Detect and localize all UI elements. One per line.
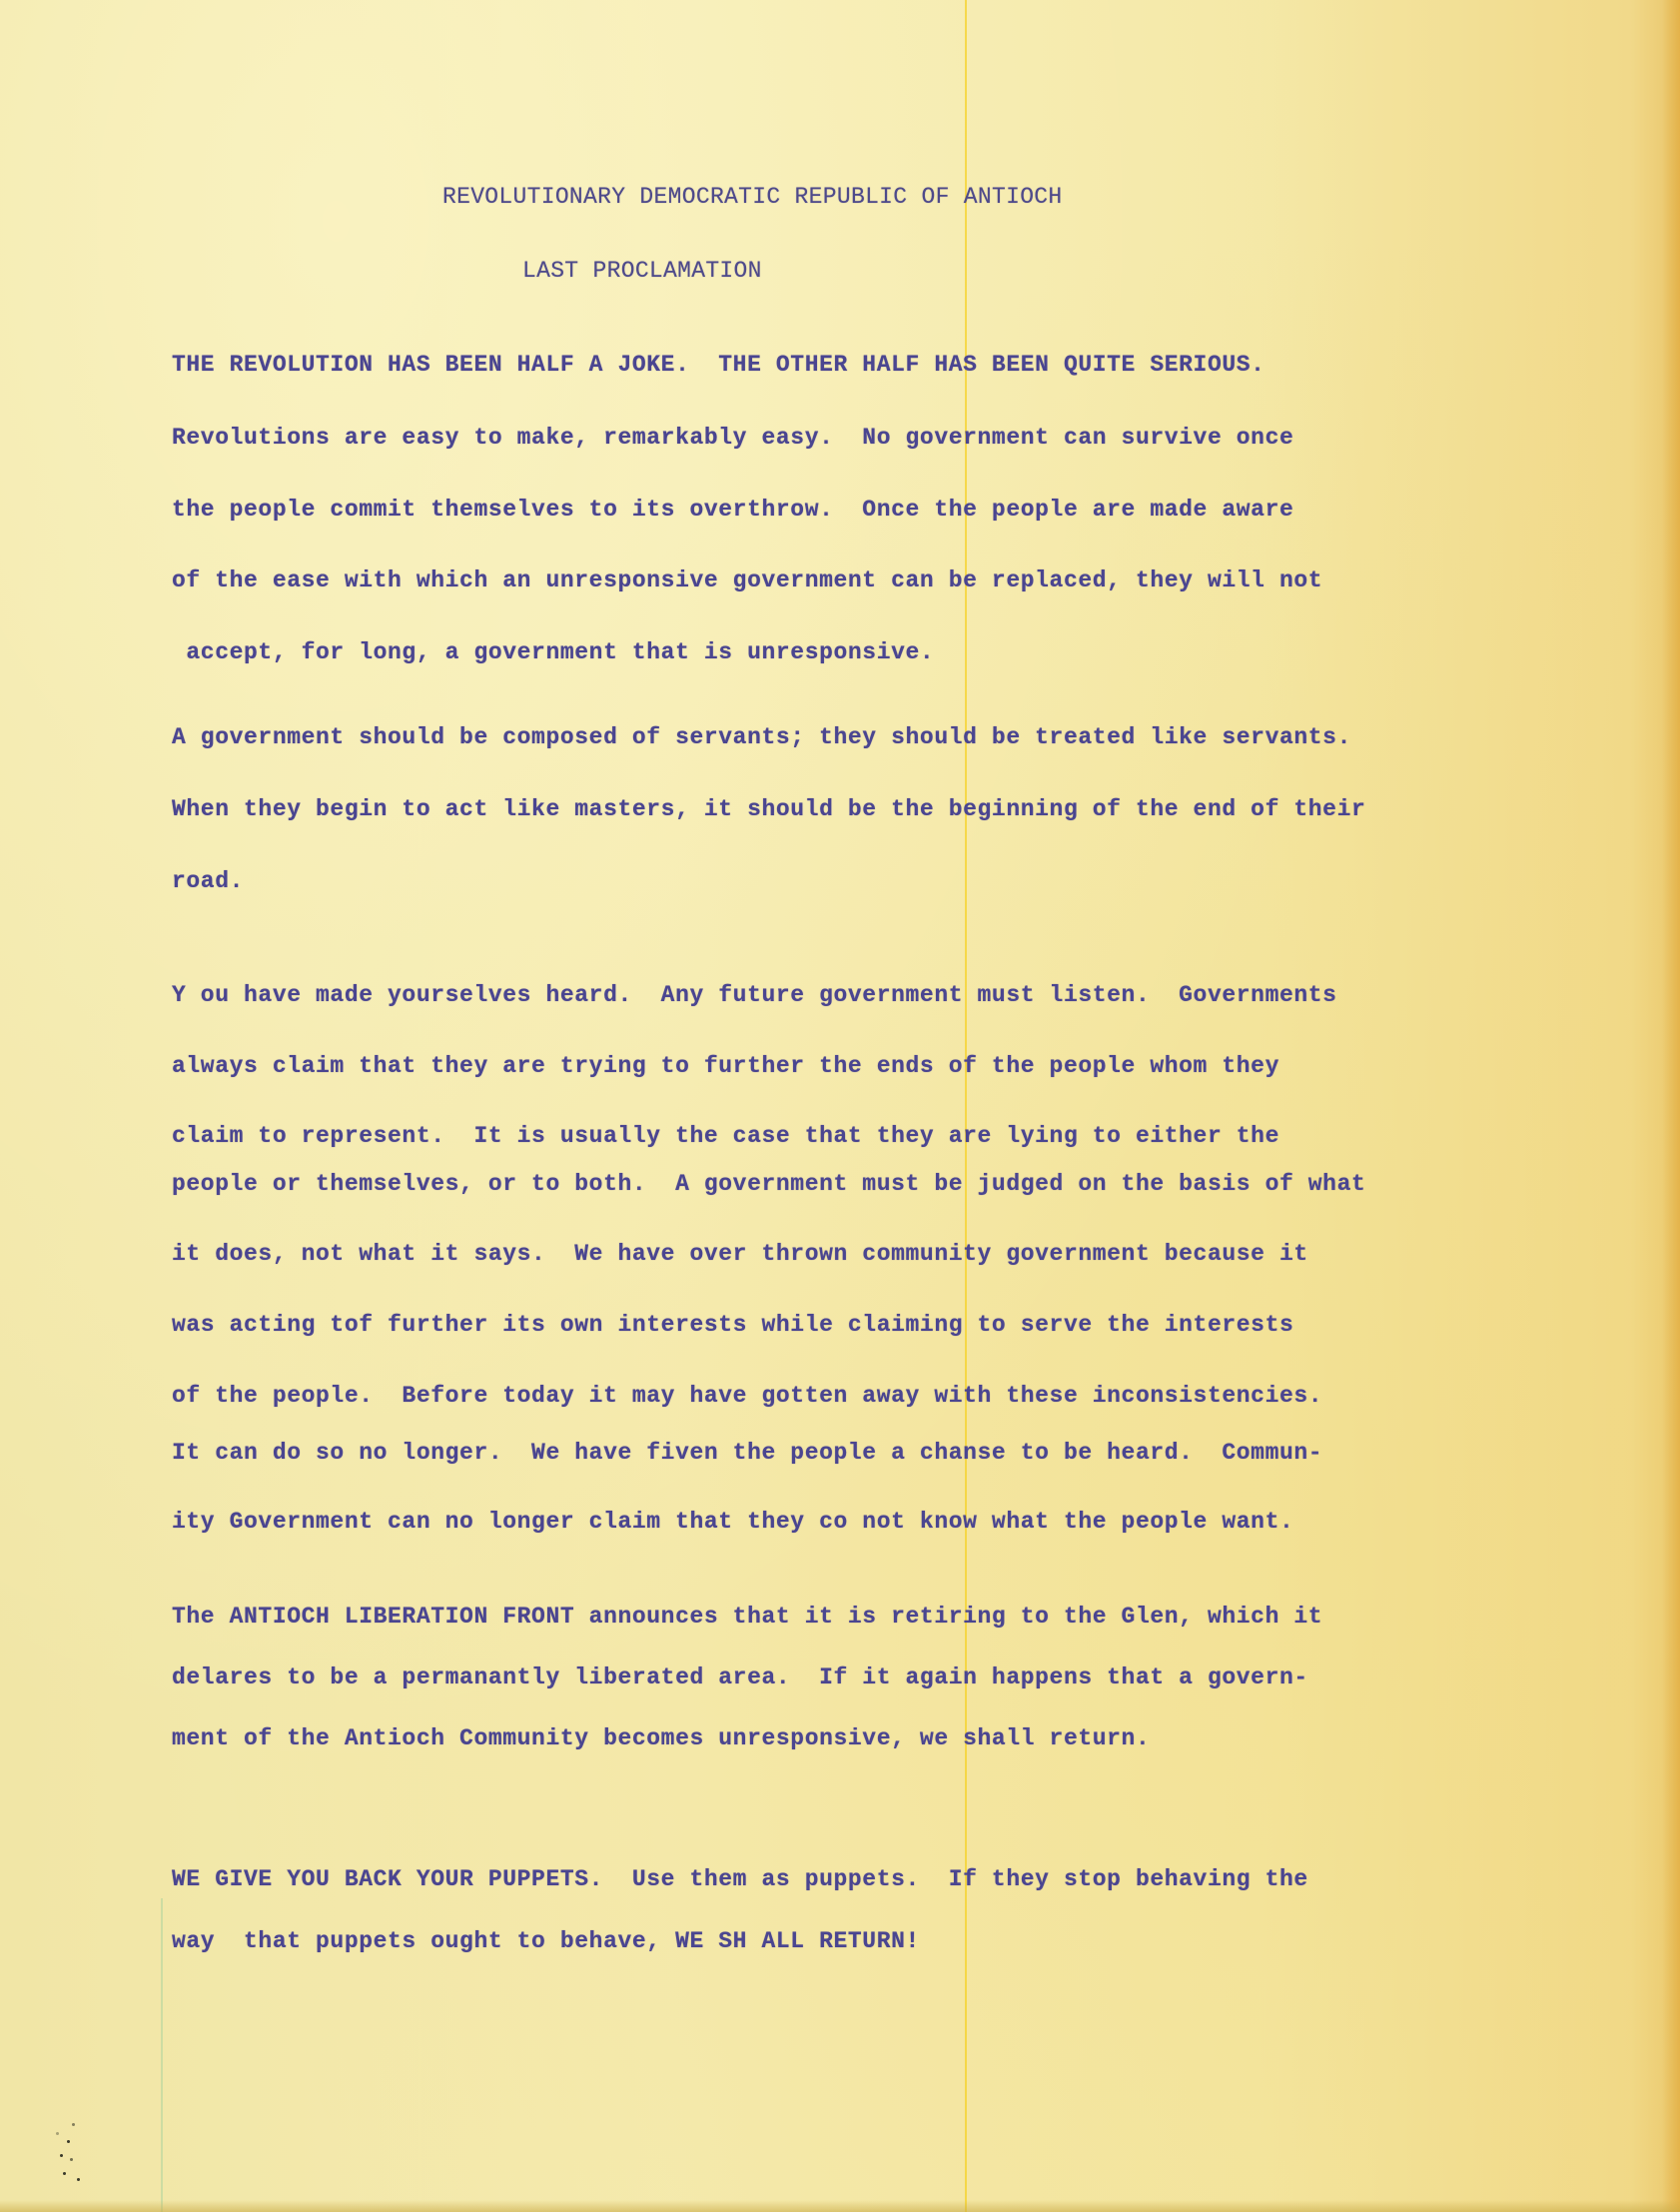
- text-line: of the ease with which an unresponsive g…: [172, 567, 1322, 593]
- text-line: people or themselves, or to both. A gove…: [172, 1171, 1365, 1197]
- text-line: When they begin to act like masters, it …: [172, 796, 1365, 822]
- text-line: A government should be composed of serva…: [172, 724, 1351, 750]
- text-line: way that puppets ought to behave, WE SH …: [172, 1928, 920, 1954]
- text-line: Revolutions are easy to make, remarkably…: [172, 425, 1293, 451]
- text-line: It can do so no longer. We have fiven th…: [172, 1440, 1322, 1466]
- paper-specks: [50, 2118, 90, 2188]
- text-line: it does, not what it says. We have over …: [172, 1241, 1308, 1267]
- text-line: ity Government can no longer claim that …: [172, 1509, 1293, 1535]
- text-line: of the people. Before today it may have …: [172, 1383, 1322, 1409]
- text-line: The ANTIOCH LIBERATION FRONT announces t…: [172, 1604, 1322, 1630]
- document-title: REVOLUTIONARY DEMOCRATIC REPUBLIC OF ANT…: [442, 184, 1063, 210]
- text-line: ment of the Antioch Community becomes un…: [172, 1725, 1150, 1751]
- text-line: delares to be a permanantly liberated ar…: [172, 1664, 1308, 1690]
- paper-crease: [161, 1898, 163, 2212]
- paper-bottom-edge: [0, 2200, 1680, 2212]
- typed-document-page: REVOLUTIONARY DEMOCRATIC REPUBLIC OF ANT…: [0, 0, 1680, 2212]
- paper-edge-discoloration: [1662, 0, 1680, 2212]
- document-subtitle: LAST PROCLAMATION: [522, 258, 762, 284]
- text-line: WE GIVE YOU BACK YOUR PUPPETS. Use them …: [172, 1866, 1308, 1892]
- text-line: THE REVOLUTION HAS BEEN HALF A JOKE. THE…: [172, 352, 1265, 378]
- text-line: always claim that they are trying to fur…: [172, 1053, 1279, 1079]
- text-line: the people commit themselves to its over…: [172, 497, 1293, 523]
- text-line: claim to represent. It is usually the ca…: [172, 1123, 1279, 1149]
- text-line: road.: [172, 868, 244, 894]
- text-line: Y ou have made yourselves heard. Any fut…: [172, 982, 1337, 1008]
- text-line: was acting tof further its own interests…: [172, 1312, 1293, 1338]
- text-line: accept, for long, a government that is u…: [172, 639, 934, 665]
